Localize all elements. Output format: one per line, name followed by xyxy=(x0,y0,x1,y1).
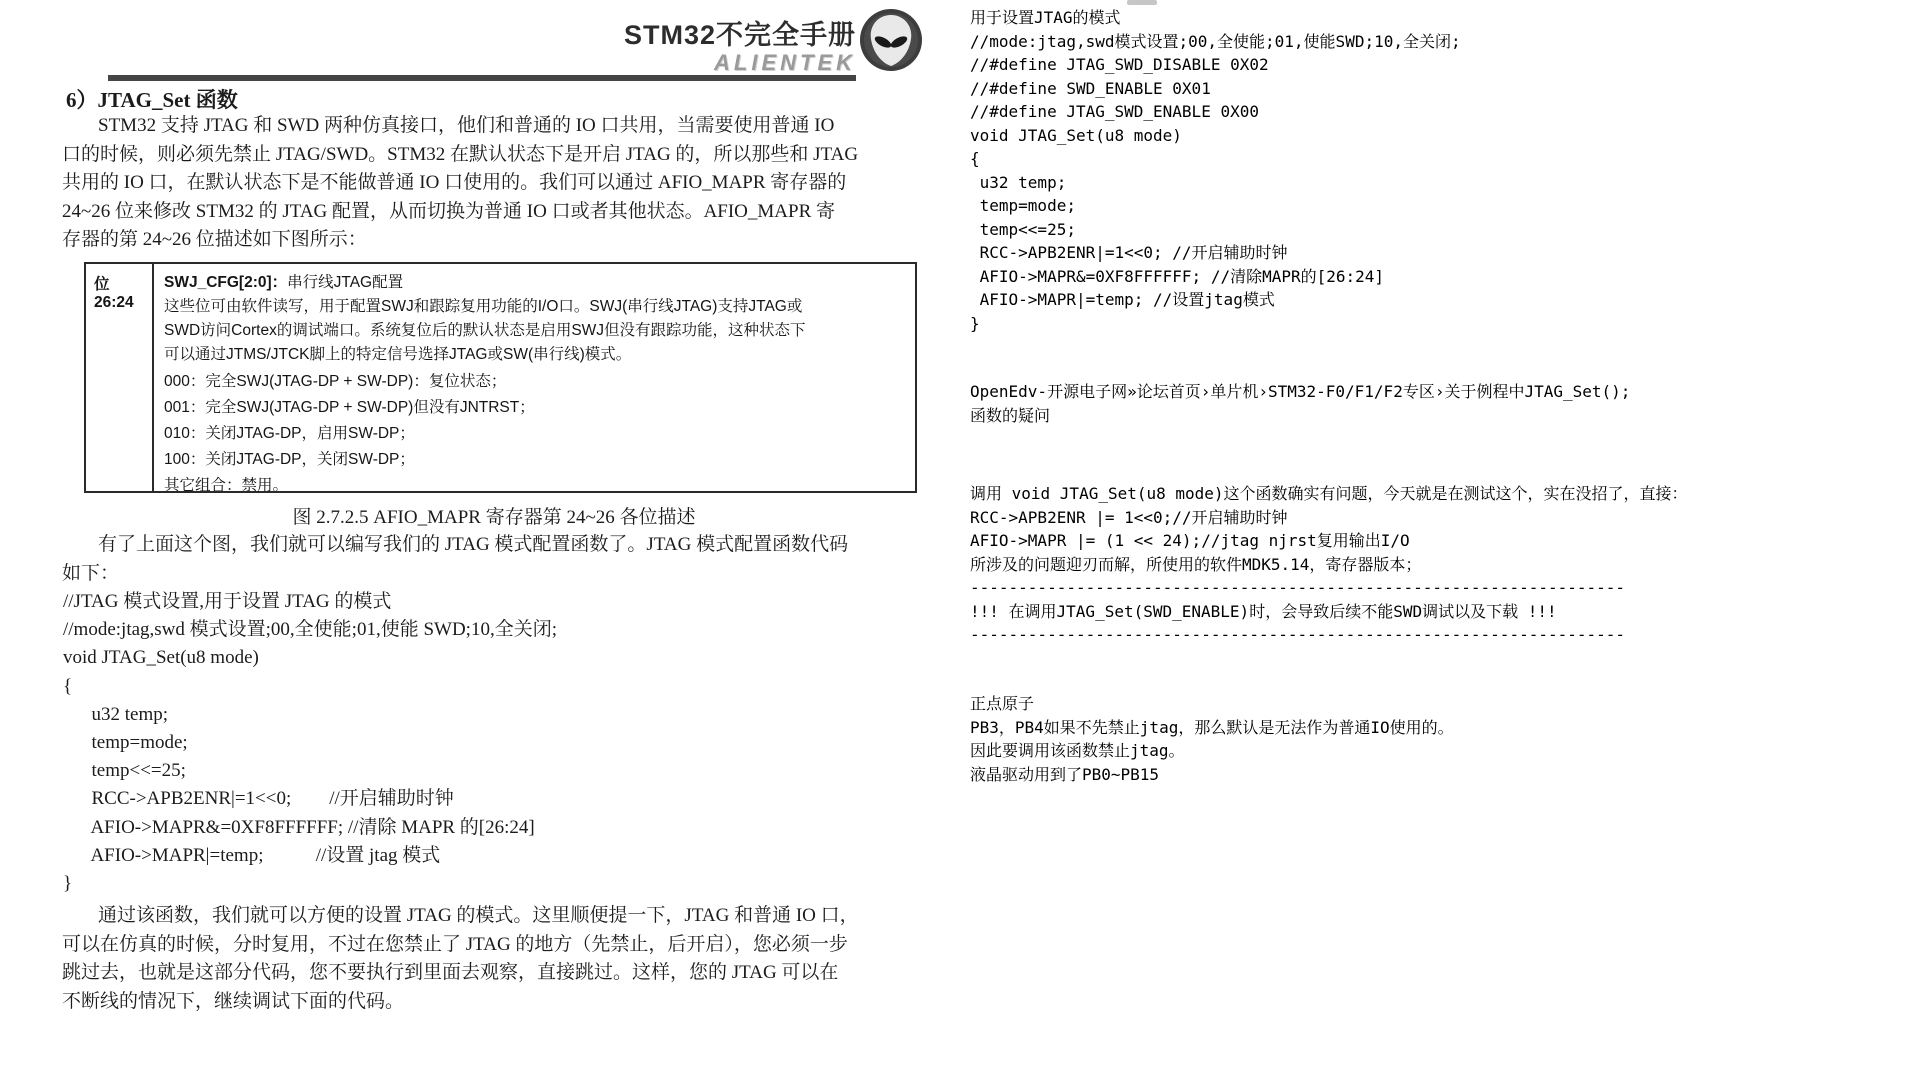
text-line: PB3，PB4如果不先禁止jtag，那么默认是无法作为普通IO使用的。 xyxy=(970,716,1454,740)
breadcrumb: OpenEdv-开源电子网»论坛首页›单片机›STM32-F0/F1/F2专区›… xyxy=(970,380,1630,404)
bit-option: 100：关闭JTAG-DP，关闭SW-DP； xyxy=(164,447,909,473)
manual-page: STM32不完全手册 ALIENTEK 6）JTAG_Set 函数 STM32 … xyxy=(0,0,1920,1080)
text-line: 如下： xyxy=(62,560,926,589)
code-line: u32 temp; xyxy=(63,701,557,729)
code-line: temp<<=25; xyxy=(63,757,557,785)
text-line: 调用 void JTAG_Set(u8 mode)这个函数确实有问题，今天就是在… xyxy=(970,482,1688,506)
breadcrumb: 函数的疑问 xyxy=(970,404,1630,428)
code-line: temp=mode; xyxy=(970,194,1461,218)
code-line: temp<<=25; xyxy=(970,218,1461,242)
code-line: //#define JTAG_SWD_DISABLE 0X02 xyxy=(970,53,1461,77)
code-line: RCC->APB2ENR|=1<<0; //开启辅助时钟 xyxy=(63,785,557,813)
code-line: void JTAG_Set(u8 mode) xyxy=(970,124,1461,148)
divider-line: ----------------------------------------… xyxy=(970,623,1688,647)
code-line: AFIO->MAPR&=0XF8FFFFFF; //清除 MAPR 的[26:2… xyxy=(63,814,557,842)
figure-caption: 图 2.7.2.5 AFIO_MAPR 寄存器第 24~26 各位描述 xyxy=(62,502,926,529)
reply-author: 正点原子 xyxy=(970,692,1454,716)
code-line: AFIO->MAPR |= (1 << 24);//jtag njrst复用输出… xyxy=(970,529,1688,553)
code-intro-paragraph: 有了上面这个图，我们就可以编写我们的 JTAG 模式配置函数了。JTAG 模式配… xyxy=(62,531,926,588)
code-line: { xyxy=(63,673,557,701)
code-line: temp=mode; xyxy=(63,729,557,757)
text-line: 因此要调用该函数禁止jtag。 xyxy=(970,739,1454,763)
code-line: AFIO->MAPR|=temp; //设置 jtag 模式 xyxy=(63,842,557,870)
intro-paragraph: STM32 支持 JTAG 和 SWD 两种仿真接口，他们和普通的 IO 口共用… xyxy=(62,112,926,255)
warning-line: !!! 在调用JTAG_Set(SWD_ENABLE)时，会导致后续不能SWD调… xyxy=(970,600,1688,624)
doc-column: STM32不完全手册 ALIENTEK 6）JTAG_Set 函数 STM32 … xyxy=(62,0,928,1080)
text-line: 液晶驱动用到了PB0~PB15 xyxy=(970,763,1454,787)
text-line: SWD访问Cortex的调试端口。系统复位后的默认状态是启用SWJ但没有跟踪功能… xyxy=(164,319,909,343)
brand-block: STM32不完全手册 ALIENTEK xyxy=(624,22,856,74)
forum-post: 调用 void JTAG_Set(u8 mode)这个函数确实有问题，今天就是在… xyxy=(970,482,1688,647)
scan-artifact xyxy=(1127,0,1157,5)
code-line: AFIO->MAPR|=temp; //设置jtag模式 xyxy=(970,288,1461,312)
bit-field-desc: 串行线JTAG配置 xyxy=(287,274,403,291)
bit-label-cell: 位26:24 xyxy=(86,264,154,491)
bit-option: 000：完全SWJ(JTAG-DP + SW-DP)：复位状态； xyxy=(164,369,909,395)
brand-title: STM32不完全手册 xyxy=(624,22,856,49)
code-line: RCC->APB2ENR|=1<<0; //开启辅助时钟 xyxy=(970,241,1461,265)
code-line: //JTAG 模式设置,用于设置 JTAG 的模式 xyxy=(63,588,557,616)
bit-option: 其它组合：禁用。 xyxy=(164,473,909,491)
text-line: 跳过去，也就是这部分代码，您不要执行到里面去观察，直接跳过。这样，您的 JTAG… xyxy=(62,959,926,988)
text-line: STM32 支持 JTAG 和 SWD 两种仿真接口，他们和普通的 IO 口共用… xyxy=(62,112,926,141)
bit-field-name: SWJ_CFG[2:0]： xyxy=(164,274,287,291)
notes-code-block: 用于设置JTAG的模式 //mode:jtag,swd模式设置;00,全使能;0… xyxy=(970,6,1461,335)
text-line: 有了上面这个图，我们就可以编写我们的 JTAG 模式配置函数了。JTAG 模式配… xyxy=(62,531,926,560)
code-line: //mode:jtag,swd 模式设置;00,全使能;01,使能 SWD;10… xyxy=(63,616,557,644)
text-line: 可以通过JTMS/JTCK脚上的特定信号选择JTAG或SW(串行线)模式。 xyxy=(164,343,909,367)
notes-column: 用于设置JTAG的模式 //mode:jtag,swd模式设置;00,全使能;0… xyxy=(970,0,1915,1080)
bit-option-list: 000：完全SWJ(JTAG-DP + SW-DP)：复位状态； 001：完全S… xyxy=(164,369,909,491)
forum-breadcrumb: OpenEdv-开源电子网»论坛首页›单片机›STM32-F0/F1/F2专区›… xyxy=(970,380,1630,427)
text-line: 共用的 IO 口，在默认状态下是不能做普通 IO 口使用的。我们可以通过 AFI… xyxy=(62,169,926,198)
code-line: } xyxy=(63,870,557,898)
code-line: { xyxy=(970,147,1461,171)
code-line: //#define JTAG_SWD_ENABLE 0X00 xyxy=(970,100,1461,124)
code-line: //mode:jtag,swd模式设置;00,全使能;01,使能SWD;10,全… xyxy=(970,30,1461,54)
text-line: 24~26 位来修改 STM32 的 JTAG 配置，从而切换为普通 IO 口或… xyxy=(62,198,926,227)
bit-option: 010：关闭JTAG-DP，启用SW-DP； xyxy=(164,421,909,447)
bit-description-table: 位26:24 SWJ_CFG[2:0]：串行线JTAG配置 这些位可由软件读写，… xyxy=(84,262,917,493)
jtag-set-code-block: //JTAG 模式设置,用于设置 JTAG 的模式 //mode:jtag,sw… xyxy=(63,588,557,898)
code-line: AFIO->MAPR&=0XF8FFFFFF; //清除MAPR的[26:24] xyxy=(970,265,1461,289)
closing-paragraph: 通过该函数，我们就可以方便的设置 JTAG 的模式。这里顺便提一下，JTAG 和… xyxy=(62,902,926,1016)
bit-field-description: 这些位可由软件读写，用于配置SWJ和跟踪复用功能的I/O口。SWJ(串行线JTA… xyxy=(164,295,909,367)
divider-line: ----------------------------------------… xyxy=(970,576,1688,600)
text-line: 可以在仿真的时候，分时复用，不过在您禁止了 JTAG 的地方（先禁止，后开启），… xyxy=(62,931,926,960)
code-line: 用于设置JTAG的模式 xyxy=(970,6,1461,30)
header-rule xyxy=(108,75,856,81)
alien-head-icon xyxy=(858,5,924,75)
brand-subtitle: ALIENTEK xyxy=(624,52,856,74)
bit-option: 001：完全SWJ(JTAG-DP + SW-DP)但没有JNTRST； xyxy=(164,395,909,421)
text-line: 所涉及的问题迎刃而解，所使用的软件MDK5.14，寄存器版本； xyxy=(970,553,1688,577)
text-line: 存器的第 24~26 位描述如下图所示： xyxy=(62,226,926,255)
code-line: } xyxy=(970,312,1461,336)
forum-reply: 正点原子 PB3，PB4如果不先禁止jtag，那么默认是无法作为普通IO使用的。… xyxy=(970,692,1454,786)
text-line: 这些位可由软件读写，用于配置SWJ和跟踪复用功能的I/O口。SWJ(串行线JTA… xyxy=(164,295,909,319)
code-line: RCC->APB2ENR |= 1<<0;//开启辅助时钟 xyxy=(970,506,1688,530)
code-line: u32 temp; xyxy=(970,171,1461,195)
code-line: //#define SWD_ENABLE 0X01 xyxy=(970,77,1461,101)
text-line: 通过该函数，我们就可以方便的设置 JTAG 的模式。这里顺便提一下，JTAG 和… xyxy=(62,902,926,931)
text-line: 不断线的情况下，继续调试下面的代码。 xyxy=(62,988,926,1017)
bit-desc-cell: SWJ_CFG[2:0]：串行线JTAG配置 这些位可由软件读写，用于配置SWJ… xyxy=(154,264,915,491)
code-line: void JTAG_Set(u8 mode) xyxy=(63,644,557,672)
bit-field-title: SWJ_CFG[2:0]：串行线JTAG配置 xyxy=(164,270,909,295)
section-title: 6）JTAG_Set 函数 xyxy=(66,84,238,114)
text-line: 口的时候，则必须先禁止 JTAG/SWD。STM32 在默认状态下是开启 JTA… xyxy=(62,141,926,170)
